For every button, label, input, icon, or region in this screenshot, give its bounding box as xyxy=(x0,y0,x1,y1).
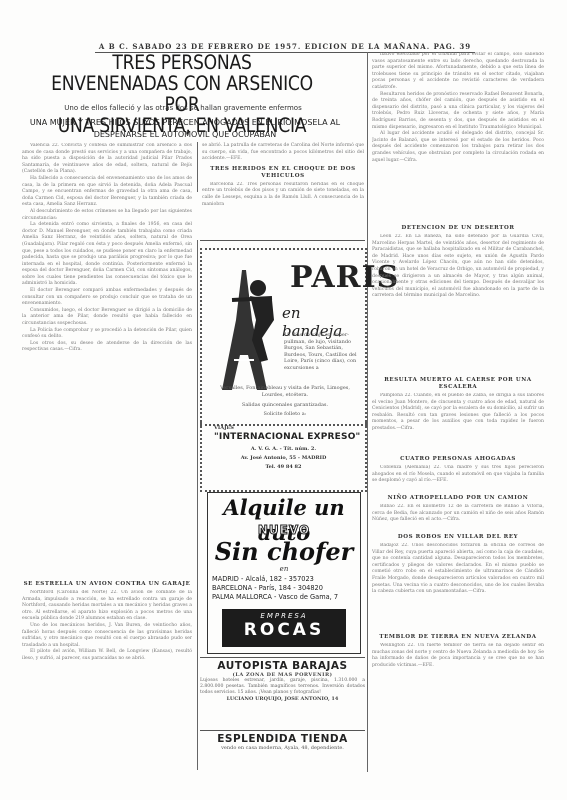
middle-column-top: se abrió. La patrulla de carreteras de C… xyxy=(202,143,364,215)
ad-barajas-contact: LUCIANO URQUIJO, JOSE ANTONIO, 14 xyxy=(200,696,365,702)
ad-viajes-agency: VIAJES "INTERNACIONAL EXPRESO" A. V. G. … xyxy=(200,422,367,492)
body-continuation: se abrió. La patrulla de carreteras de C… xyxy=(202,143,364,163)
ad-barajas-body: Lujosos hoteles estrenar, jardín, garaje… xyxy=(200,678,365,696)
section-title: TRES HERIDOS EN EL CHOQUE DE DOS VEHICUL… xyxy=(202,166,364,180)
article-robos: DOS ROBOS EN VILLAR DEL REY Badajoz 22. … xyxy=(372,534,544,631)
article-ahogadas: CUATRO PERSONAS AHOGADAS Coblenza (Alema… xyxy=(372,456,544,492)
ad-tienda-body: vendo en casa moderna, Ayala, 48, depend… xyxy=(200,745,365,751)
body-paragraph: Consumidos, luego, el doctor Berenguer s… xyxy=(22,308,192,328)
main-story-body: Valencia 22. Convicta y confesa de sumin… xyxy=(22,143,192,575)
body-paragraph: Resultaron heridos de pronóstico reserva… xyxy=(372,92,544,132)
ad-paris-departures: Salidas quincenales garantizadas. xyxy=(210,402,360,409)
body-paragraph: Al lugar del accidente acudió el delegad… xyxy=(372,131,544,164)
body-paragraph: La detenida entró como sirvienta, a fina… xyxy=(22,222,192,288)
section-title: NIÑO ATROPELLADO POR UN CAMION xyxy=(372,495,544,502)
article-avion: SE ESTRELLA UN AVION CONTRA UN GARAJE No… xyxy=(22,578,192,760)
body-paragraph: Barcelona 22. Tres personas resultaron h… xyxy=(202,182,364,208)
right-column: nativo efectuado por el tribunal para ev… xyxy=(372,52,544,685)
section-title: CUATRO PERSONAS AHOGADAS xyxy=(372,456,544,463)
ad-alquile-auto: Alquile un auto NUEVO Sin chofer en MADR… xyxy=(207,492,361,654)
section-title: TEMBLOR DE TIERRA EN NUEVA ZELANDA xyxy=(372,634,544,641)
agency-address: Av. José Antonio, 55 - MADRID xyxy=(202,455,365,461)
section-title: SE ESTRELLA UN AVION CONTRA UN GARAJE xyxy=(22,581,192,588)
newspaper-page: A B C. SABADO 23 DE FEBRERO DE 1957. EDI… xyxy=(0,0,567,800)
body-paragraph: Northford (Carolina del Norte) 22. Un av… xyxy=(22,590,192,623)
body-paragraph: El piloto del avión, William W. Bell, de… xyxy=(22,649,192,662)
body-paragraph: Bilbao 22. En el kilómetro 12 de la carr… xyxy=(372,504,544,524)
body-paragraph: León 22. En La Bañeza, ha sido detenido … xyxy=(372,234,544,300)
body-paragraph: Coblenza (Alemania) 22. Una madre y sus … xyxy=(372,465,544,485)
agency-phone: Tel. 49 84 82 xyxy=(202,464,365,470)
address-palma: PALMA MALLORCA - Vasco de Gama, 7 xyxy=(212,593,358,602)
article-atropellado: NIÑO ATROPELLADO POR UN CAMION Bilbao 22… xyxy=(372,495,544,531)
agency-prefix: VIAJES xyxy=(214,425,234,431)
ad-paris-body: 15 días de viaje en super-pullman, de lu… xyxy=(284,332,360,372)
body-paragraph: Wellington 22. Un fuerte temblor de tier… xyxy=(372,643,544,669)
body-paragraph: Valencia 22. Convicta y confesa de sumin… xyxy=(22,143,192,176)
article-escalera: RESULTA MUERTO AL CAERSE POR UNA ESCALER… xyxy=(372,377,544,453)
address-madrid: MADRID - Alcalá, 182 - 357023 xyxy=(212,575,358,584)
ad-esplendida-tienda: ESPLENDIDA TIENDA vendo en casa moderna,… xyxy=(200,733,365,751)
divider xyxy=(200,657,365,658)
column-rule xyxy=(197,240,198,770)
column-rule xyxy=(367,52,368,772)
agency-license: A. V. G. A. - Tít. núm. 2. xyxy=(202,446,365,452)
ad-barajas-title: AUTOPISTA BARAJAS xyxy=(200,660,365,672)
second-headline: UNA MUJER Y TRES HIJOS SUYOS PERECEN AHO… xyxy=(20,117,350,141)
agency-name: "INTERNACIONAL EXPRESO" xyxy=(214,432,360,442)
column-rule xyxy=(197,142,198,192)
section-title: DOS ROBOS EN VILLAR DEL REY xyxy=(372,534,544,541)
body-paragraph: Al descubrimiento de estos crímenes se h… xyxy=(22,209,192,222)
ad-paris-itinerary: Versalles, Fontainebleau y visita de Par… xyxy=(210,385,360,398)
ad-tienda-title: ESPLENDIDA TIENDA xyxy=(200,733,365,745)
main-subheadline: Uno de ellos falleció y las otras dos se… xyxy=(28,104,338,112)
body-paragraph: Badajoz 22. Unos desconocidos forzaron l… xyxy=(372,543,544,596)
divider xyxy=(200,730,365,731)
ad-autopista-barajas: AUTOPISTA BARAJAS (LA ZONA DE MAS PORVEN… xyxy=(200,660,365,702)
ad-paris-en-bandeja: PARIS en bandeja 15 días de viaje en sup… xyxy=(200,248,367,426)
company-name: ROCAS xyxy=(222,620,346,640)
ad-paris-footer: Versalles, Fontainebleau y visita de Par… xyxy=(210,385,360,417)
company-label: EMPRESA xyxy=(222,612,346,620)
section-title: DETENCION DE UN DESERTOR xyxy=(372,225,544,232)
ad-auto-sin-chofer: Sin chofer xyxy=(208,537,360,566)
article-desertor: DETENCION DE UN DESERTOR León 22. En La … xyxy=(372,225,544,374)
ad-auto-nuevo: NUEVO xyxy=(208,523,360,537)
ad-auto-addresses: MADRID - Alcalá, 182 - 357023 BARCELONA … xyxy=(212,575,358,602)
body-paragraph: Uno de los mecánicos heridos, J. Van Bur… xyxy=(22,623,192,649)
body-paragraph: El doctor Berenguer comparó ambas enferm… xyxy=(22,288,192,308)
section-title: RESULTA MUERTO AL CAERSE POR UNA ESCALER… xyxy=(372,377,544,391)
body-paragraph: Pamplona 22. Cuando, en el pueblo de Zal… xyxy=(372,393,544,433)
body-paragraph: Ha fallecido a consecuencia del envenena… xyxy=(22,176,192,209)
body-paragraph: Los otros dos, su deseo de atenderse de … xyxy=(22,341,192,354)
body-paragraph: La Policía fue comprobar y se procedió a… xyxy=(22,328,192,341)
address-barcelona: BARCELONA - París, 184 - 304820 xyxy=(212,584,358,593)
body-paragraph: nativo efectuado por el tribunal para ev… xyxy=(372,52,544,92)
empresa-rocas-banner: EMPRESA ROCAS xyxy=(222,609,346,647)
ad-paris-request: Solicite folleto a: xyxy=(210,411,360,418)
divider xyxy=(200,240,365,241)
eiffel-tower-illustration xyxy=(212,260,292,400)
ad-auto-en: en xyxy=(208,565,360,573)
article-temblor: TEMBLOR DE TIERRA EN NUEVA ZELANDA Welli… xyxy=(372,634,544,685)
